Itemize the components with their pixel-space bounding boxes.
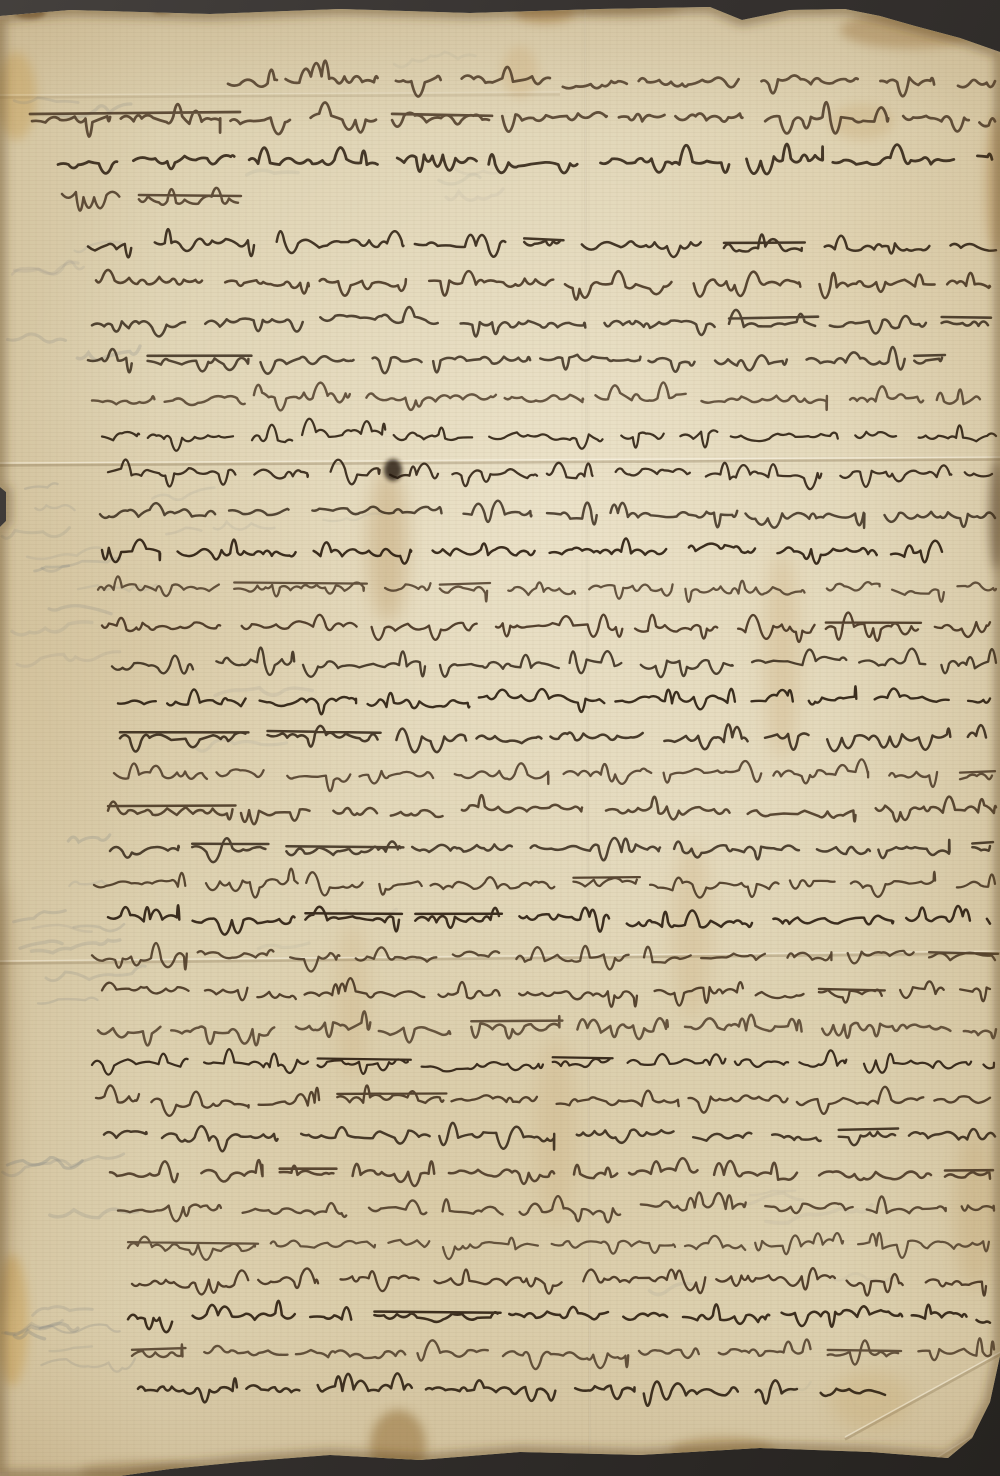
paper-sheet [0,0,1000,1476]
edge-vignette [0,0,1000,1476]
manuscript-scan [0,0,1000,1476]
